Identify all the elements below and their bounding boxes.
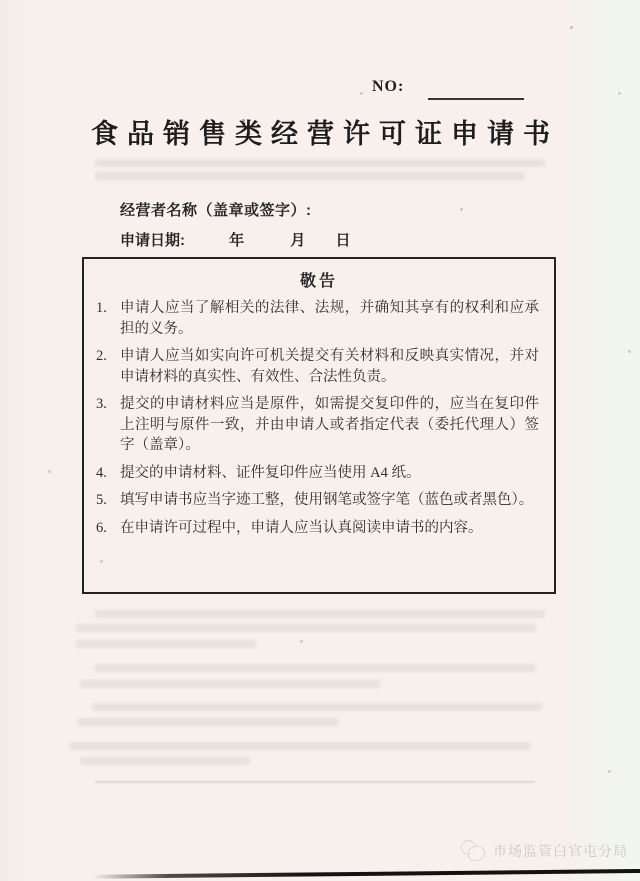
notice-item-number: 1. xyxy=(96,298,120,339)
notice-item-number: 3. xyxy=(96,394,120,456)
notice-item-number: 2. xyxy=(96,346,120,387)
notice-item: 6. 在申请许可过程中，申请人应当认真阅读申请书的内容。 xyxy=(96,518,539,539)
bleed-through-rule xyxy=(95,781,535,783)
bleed-through-line xyxy=(95,664,535,672)
watermark-text: 市场监管白官屯分局 xyxy=(493,841,628,861)
notice-item-text: 在申请许可过程中，申请人应当认真阅读申请书的内容。 xyxy=(120,518,539,539)
date-year-label: 年 xyxy=(229,232,244,249)
scan-edge-line xyxy=(92,869,640,879)
date-label: 申请日期: xyxy=(120,232,185,249)
notice-item-text: 提交的申请材料应当是原件，如需提交复印件的，应当在复印件上注明与原件一致，并由申… xyxy=(120,394,539,456)
bleed-through-line xyxy=(70,742,530,750)
notice-item-text: 填写申请书应当字迹工整，使用钢笔或签字笔（蓝色或者黑色）。 xyxy=(120,490,539,511)
bleed-through-line xyxy=(80,757,250,765)
notice-item-text: 提交的申请材料、证件复印件应当使用 A4 纸。 xyxy=(120,463,539,484)
date-month-label: 月 xyxy=(290,232,305,249)
notice-item-text: 申请人应当了解相关的法律、法规，并确知其享有的权利和应承担的义务。 xyxy=(120,298,539,339)
notice-item-number: 6. xyxy=(96,518,120,539)
notice-item: 2. 申请人应当如实向许可机关提交有关材料和反映真实情况，并对申请材料的真实性、… xyxy=(96,346,539,387)
notice-item: 1. 申请人应当了解相关的法律、法规，并确知其享有的权利和应承担的义务。 xyxy=(96,298,539,339)
application-date-row: 申请日期: 年 月 日 xyxy=(120,229,351,250)
bleed-through-line xyxy=(95,610,545,618)
bleed-through-line xyxy=(80,680,380,688)
notice-heading: 敬告 xyxy=(84,268,554,291)
bleed-through-line xyxy=(92,703,542,711)
notice-item-number: 5. xyxy=(96,490,120,511)
bleed-through-line xyxy=(95,159,545,167)
watermark: 市场监管白官屯分局 xyxy=(461,840,628,862)
notice-item: 3. 提交的申请材料应当是原件，如需提交复印件的，应当在复印件上注明与原件一致，… xyxy=(96,394,539,456)
notice-item: 5. 填写申请书应当字迹工整，使用钢笔或签字笔（蓝色或者黑色）。 xyxy=(96,490,539,511)
notice-item: 4. 提交的申请材料、证件复印件应当使用 A4 纸。 xyxy=(96,463,539,484)
date-day-label: 日 xyxy=(336,232,351,249)
no-blank-underline xyxy=(428,80,524,100)
scan-noise-specks xyxy=(242,119,245,122)
no-label: NO: xyxy=(372,78,404,96)
bleed-through-line xyxy=(76,624,536,632)
watermark-logo-icon xyxy=(461,840,487,862)
notice-item-text: 申请人应当如实向许可机关提交有关材料和反映真实情况，并对申请材料的真实性、有效性… xyxy=(120,346,539,387)
bleed-through-line xyxy=(95,172,525,180)
scanned-application-form: NO: 食品销售类经营许可证申请书 经营者名称（盖章或签字）: 申请日期: 年 … xyxy=(0,0,640,881)
bleed-through-line xyxy=(78,718,338,726)
notice-item-number: 4. xyxy=(96,463,120,484)
bleed-through-line xyxy=(76,640,256,648)
operator-name-label: 经营者名称（盖章或签字）: xyxy=(120,199,312,220)
page-title: 食品销售类经营许可证申请书 xyxy=(0,112,640,151)
notice-list: 1. 申请人应当了解相关的法律、法规，并确知其享有的权利和应承担的义务。 2. … xyxy=(84,298,554,538)
notice-box: 敬告 1. 申请人应当了解相关的法律、法规，并确知其享有的权利和应承担的义务。 … xyxy=(82,257,556,594)
